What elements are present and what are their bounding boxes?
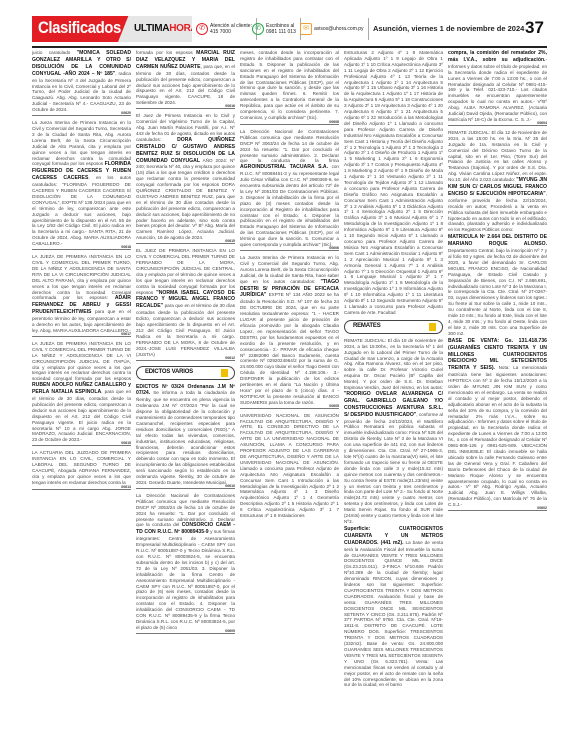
notice-text: REMATE JUDICIAL: El día 18 de noviembre … (344, 338, 443, 390)
classified-notice: Estructuras 2 Adjunto 4º 1 8 Matemática … (344, 50, 443, 317)
notice-code: 00615 (225, 239, 235, 245)
notice-text: y sus firmas integrantes: Centro de Ases… (136, 529, 235, 630)
section-title: Clasificados (38, 18, 121, 38)
notice-text: Estructuras 2 Adjunto 4º 1 8 Matemática … (344, 50, 443, 315)
notice-divider: 00612 (136, 360, 235, 363)
notice-text: LA JUEZA DE PRIMERA INSTANCIA EN LO CIVI… (32, 254, 131, 300)
notice-code: 00604 (537, 121, 547, 127)
notice-text: LA ACTUARIA DEL JUZGADO DE PRIMERA INSTA… (32, 450, 131, 485)
classified-notice: La Dirección Nacional de Contrataciones … (136, 493, 235, 631)
notice-text: , para que en el término de 30 días, con… (32, 389, 131, 442)
gavel-icon (221, 369, 228, 377)
notice-text: Se informa a toda la ciudadanía de Ñemby… (136, 390, 235, 485)
notice-text: , en los autos caratulados: "FLORINDA FI… (32, 175, 131, 246)
classified-notice: La Dirección Nacional de Contrataciones … (240, 129, 339, 248)
notice-divider: 00602 (448, 510, 547, 513)
classified-notice: LA JUEZA DE PRIMERA INSTANCIA EN LO CIVI… (32, 254, 131, 334)
notice-code: 00608 (329, 120, 339, 126)
notice-divider: 00604 (448, 125, 547, 128)
classified-notice: Superficie: CUATROCIENTOS CUARENTA Y UN … (344, 526, 443, 688)
notice-divider: 00605 (240, 408, 339, 411)
header-rule (32, 46, 547, 48)
notice-divider: 00616 (136, 108, 235, 111)
notice-code: 00610 (225, 484, 235, 490)
notice-text: con R.U.C. Nº 80068451-3 y su representa… (240, 164, 339, 247)
notice-divider: 00609 (136, 633, 235, 636)
notice-code: 00612 (225, 356, 235, 362)
section-header: REMATES (344, 320, 443, 334)
notice-text: La base de venta será la Avaluación Fisc… (344, 540, 443, 688)
column-2: formada por los esposos MARCIAL RUIZ DIA… (136, 50, 235, 750)
notice-text: REMATE JUDICIAL: El día 12 de Noviembre … (448, 130, 547, 182)
notice-text: EXPTE Nº 134 AÑO 2022 se ha dictado la R… (240, 292, 339, 404)
column-4: Estructuras 2 Adjunto 4º 1 8 Matemática … (344, 50, 443, 750)
contact-whatsapp[interactable]: ✆ Escribinos al 0981 111 013 (252, 18, 301, 40)
gavel-icon (429, 323, 436, 331)
notice-code: 00609 (225, 629, 235, 635)
contact-email[interactable]: ✉ avisos@uhora.com.py (300, 18, 369, 40)
notice-text: , conforme al proveído de fecha 24/10/20… (344, 412, 443, 524)
contact-phone[interactable]: ✆ Atención al cliente: 415 7000 (196, 18, 257, 40)
phone-icon: ✆ (196, 23, 208, 35)
classified-notice: formada por los esposos MARCIAL RUIZ DIA… (136, 50, 235, 106)
logo-ultima: ULTIMA (134, 23, 169, 34)
mail-icon: ✉ (300, 23, 312, 35)
notice-emphasis: AGROINDUSTRIAL TACUARA S.A. (240, 164, 328, 170)
notice-divider: 00618 (32, 249, 131, 252)
notice-text: meses, contados desde la incorporación a… (240, 50, 339, 120)
notice-code: 00620 (121, 111, 131, 117)
classified-notice: UNIVERSIDAD NACIONAL DE ASUNCIÓN FACULTA… (240, 413, 339, 520)
notice-text: Nota: La mencionada matrícula tiene las … (448, 365, 547, 507)
classified-notice: La Jueza Interina de Primera Instancia e… (240, 255, 339, 406)
contact-whatsapp-value: 0981 111 013 (266, 29, 296, 35)
section-header-label: REMATES (353, 324, 381, 330)
notice-text: , para que, en el término de 30 días, co… (136, 64, 235, 105)
notice-code: 00615 (121, 441, 131, 447)
notice-text: La Dirección Nacional de Contrataciones … (240, 129, 339, 164)
section-title-banner: Clasificados (32, 16, 132, 42)
notice-divider: 00613 (32, 489, 131, 492)
classified-notice: EDICTOS Nº 03/24 Ordenanza J.M Nº 07/24.… (136, 384, 235, 486)
notice-code: 00618 (121, 245, 131, 251)
logo-hora: HORA (169, 23, 197, 34)
notice-emphasis: compra, la comisión del rematador 2%, má… (448, 50, 547, 63)
notice-code: 00617 (121, 332, 131, 338)
notice-text: Departamento Central, bajo la inscripció… (448, 248, 547, 336)
whatsapp-icon: ✆ (252, 23, 264, 35)
column-1: juicio caratulado "MONICA SOLEDAD GONZAL… (32, 50, 131, 750)
column-5: compra, la comisión del rematador 2%, má… (448, 50, 547, 750)
notice-text: para que en el término de 30 días contad… (136, 303, 235, 356)
notice-code: 00613 (121, 485, 131, 491)
notice-text: LA JUEZA DE PRIMERA INSTANCIA EN LO CIVI… (32, 341, 131, 381)
notice-divider: 00615 (136, 243, 235, 246)
classified-notice: LA ACTUARIA DEL JUZGADO DE PRIMERA INSTA… (32, 450, 131, 486)
notice-text: UNIVERSIDAD NACIONAL DE ASUNCIÓN FACULTA… (240, 413, 339, 518)
classified-notice: REMATE JUDICIAL: El día 18 de noviembre … (344, 338, 443, 525)
issue-date: Asunción, viernes 1 de noviembre de 2024 (373, 24, 524, 33)
notice-text: juicio caratulado (32, 50, 77, 55)
contact-email-value: avisos@uhora.com.py (314, 26, 364, 32)
notice-code: 00605 (329, 404, 339, 410)
notice-text: - Informes y datos sobre el título de pr… (448, 57, 547, 122)
notice-text: , radica en la Secretaría Nº 4 del Juzga… (32, 71, 131, 112)
classified-notice: meses, contados desde la incorporación a… (240, 50, 339, 122)
notice-text: EL JUEZ DE PRIMERA INSTANCIA EN LO CIVIL… (136, 248, 235, 294)
notice-code: 00616 (225, 104, 235, 110)
classified-notice: El Juez de Primera Instancia en lo Civil… (136, 113, 235, 241)
classified-notice: juicio caratulado "MONICA SOLEDAD GONZAL… (32, 50, 131, 113)
notice-emphasis: MATRICULA Nº 2.664 DEL DISTRITO DE MARIA… (448, 234, 547, 247)
classifieds-columns: juicio caratulado "MONICA SOLEDAD GONZAL… (32, 50, 547, 750)
classified-notice: compra, la comisión del rematador 2%, má… (448, 50, 547, 123)
notice-divider: 00615 (32, 445, 131, 448)
newspaper-logo: ULTIMAHORA (118, 16, 192, 42)
section-header: EDICTOS VARIOS (136, 366, 235, 380)
section-header-label: EDICTOS VARIOS (145, 370, 193, 376)
page-number: 37 (525, 18, 544, 38)
column-3: meses, contados desde la incorporación a… (240, 50, 339, 750)
notice-code: 00606 (329, 246, 339, 252)
classified-notice: REMATE JUDICIAL: El día 12 de Noviembre … (448, 130, 547, 233)
notice-code: 00602 (537, 506, 547, 512)
notice-text: La Jueza Interina de Primera Instancia e… (32, 120, 131, 166)
notice-divider: 00606 (240, 250, 339, 253)
notice-divider: 00620 (32, 115, 131, 118)
contact-phone-value: 415 7000 (210, 29, 252, 35)
classified-notice: LA JUEZA DE PRIMERA INSTANCIA EN LO CIVI… (32, 341, 131, 443)
notice-divider: 00608 (240, 124, 339, 127)
notice-text: , conforme proveído de fecha 22/10/2024,… (448, 191, 547, 232)
notice-divider: 00610 (136, 488, 235, 491)
page-header: Clasificados ULTIMAHORA ✆ Atención al cl… (0, 14, 580, 44)
notice-text: AÑO 2024: Nº 240; Secretaría Nº 40, cita… (136, 158, 235, 241)
notice-text: formada por los esposos (136, 50, 196, 55)
notice-divider: 00617 (32, 336, 131, 339)
classified-notice: BASE DE VENTA: Gs. 131.418.736 (GUARANÍE… (448, 338, 547, 508)
classified-notice: EL JUEZ DE PRIMERA INSTANCIA EN LO CIVIL… (136, 248, 235, 357)
classified-notice: MATRICULA Nº 2.664 DEL DISTRITO DE MARIA… (448, 234, 547, 336)
classified-notice: La Jueza Interina de Primera Instancia e… (32, 120, 131, 247)
